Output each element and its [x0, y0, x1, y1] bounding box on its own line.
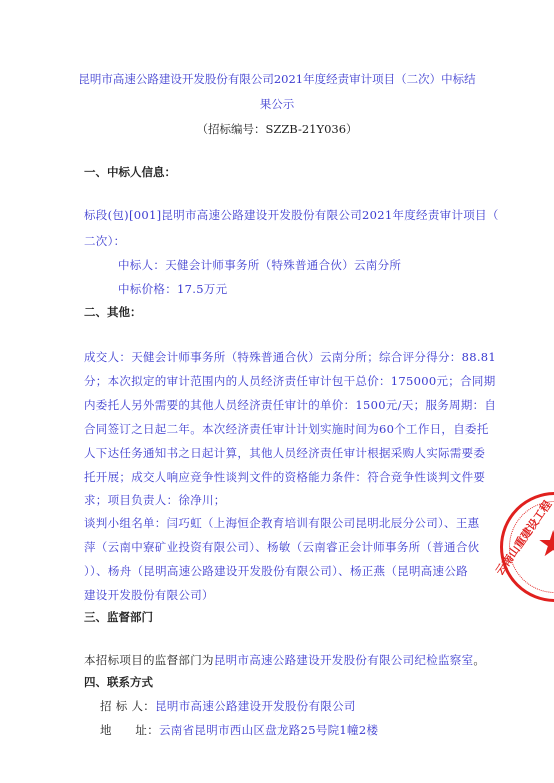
other-line: 萍（云南中寮矿业投资有限公司）、杨敏（云南睿正会计师事务所（普通合伙 [84, 539, 479, 555]
lot-line2: 二次）： [84, 233, 125, 249]
section-heading-winner-info: 一、中标人信息： [84, 164, 176, 180]
address-label: 地 址： [100, 723, 159, 737]
other-line: 人下达任务通知书之日起计算，其他人员经济责任审计根据采购人实际需要委 [84, 445, 485, 461]
tenderer-label: 招 标 人： [100, 699, 155, 713]
section-heading-contact: 四、联系方式 [84, 674, 153, 690]
supervision-department: 昆明市高速公路建设开发股份有限公司纪检监察室 [214, 653, 474, 667]
tender-number: （招标编号：SZZB-21Y036） [0, 121, 554, 137]
tenderer-row: 招 标 人：昆明市高速公路建设开发股份有限公司 [100, 698, 356, 714]
address-value: 云南省昆明市西山区盘龙路25号院1幢2楼 [159, 723, 378, 737]
supervision-prefix: 本招标项目的监督部门为 [84, 653, 214, 667]
other-line: 谈判小组名单：闫巧虹（上海恒企教育培训有限公司昆明北辰分公司）、王惠 [84, 515, 479, 531]
supervision-text: 本招标项目的监督部门为昆明市高速公路建设开发股份有限公司纪检监察室。 [84, 652, 485, 668]
other-line: 求；项目负责人：徐净川； [84, 492, 226, 508]
winner-name: 中标人：天健会计师事务所（特殊普通合伙）云南分所 [118, 257, 401, 273]
lot-line1: 标段(包)[001]昆明市高速公路建设开发股份有限公司2021年度经责审计项目（ [84, 207, 499, 223]
other-line: ））、杨舟（昆明高速公路建设开发股份有限公司）、杨正燕（昆明高速公路 [84, 563, 468, 579]
tenderer-value: 昆明市高速公路建设开发股份有限公司 [155, 699, 356, 713]
document-title-line1: 昆明市高速公路建设开发股份有限公司2021年度经责审计项目（二次）中标结 [0, 71, 554, 87]
other-line: 成交人：天健会计师事务所（特殊普通合伙）云南分所；综合评分得分：88.81 [84, 349, 496, 365]
official-seal-stamp: 云南山重建设工程 ★ [500, 492, 554, 602]
other-line: 分；本次拟定的审计范围内的人员经济责任审计包干总价：175000元；合同期 [84, 373, 496, 389]
other-line: 内委托人另外需要的其他人员经济责任审计的单价：1500元/天；服务周期：自 [84, 397, 496, 413]
supervision-suffix: 。 [473, 653, 485, 667]
other-line: 建设开发股份有限公司） [84, 587, 214, 603]
star-icon: ★ [537, 525, 554, 565]
address-row: 地 址：云南省昆明市西山区盘龙路25号院1幢2楼 [100, 722, 378, 738]
other-line: 合同签订之日起二年。本次经济责任审计计划实施时间为60个工作日，自委托 [84, 421, 489, 437]
section-heading-other: 二、其他： [84, 304, 142, 320]
other-line: 托开展；成交人响应竞争性谈判文件的资格能力条件：符合竞争性谈判文件要 [84, 469, 485, 485]
winning-price: 中标价格：17.5万元 [118, 281, 227, 297]
document-title-line2: 果公示 [0, 96, 554, 112]
section-heading-supervision: 三、监督部门 [84, 609, 153, 625]
